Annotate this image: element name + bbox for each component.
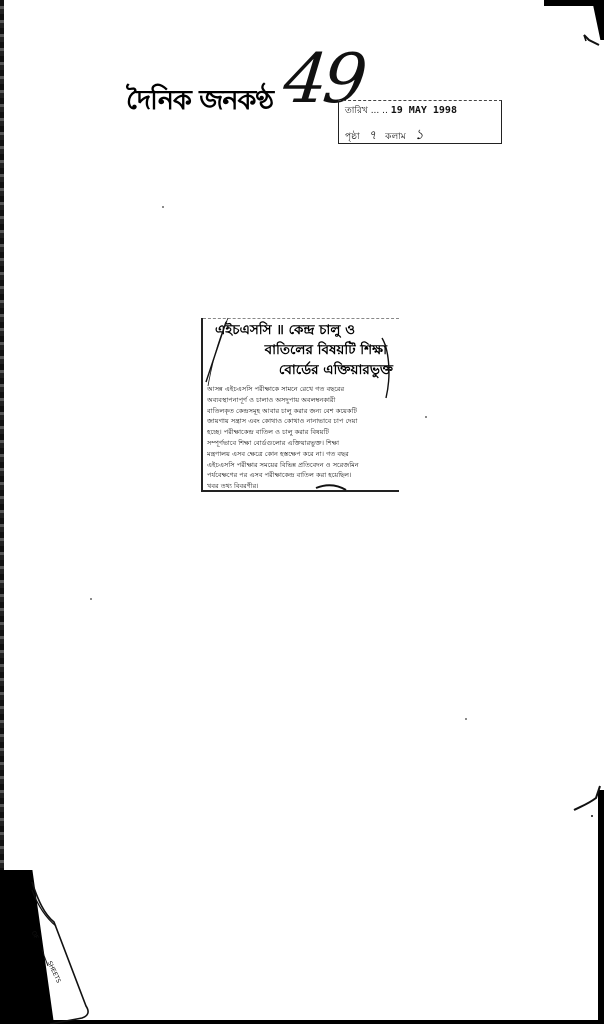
scan-speck	[162, 206, 164, 208]
stamp-date-row: তারিখ ... .. 19 MAY 1998	[345, 103, 457, 118]
body-line: জায়গায় সন্ত্রাস এবং কোথাও কোথাও নানাভা…	[207, 416, 395, 427]
newspaper-name: দৈনিক জনকণ্ঠ	[126, 80, 273, 125]
clipping-bottom-border	[203, 490, 399, 492]
folder-tab	[28, 870, 98, 1024]
body-line: পর্যবেক্ষণের পর এসব পরীক্ষাকেন্দ্র বাতিল…	[207, 470, 395, 481]
body-line: সম্পূর্ণভাবে শিক্ষা বোর্ডগুলোর এক্তিয়ার…	[207, 438, 395, 449]
scan-right-edge	[598, 790, 604, 1024]
pen-scribble-icon	[572, 780, 604, 820]
stamp-column-value: ১	[415, 127, 424, 143]
stamp-date-value: 19 MAY 1998	[391, 105, 457, 116]
headline-line: এইচএসসি ॥ কেন্দ্র চালু ও	[207, 320, 397, 340]
body-line: অব্যবস্থাপনাপূর্ণ ও চালাও অসদুপায় অবলম্…	[207, 395, 395, 406]
stamp-date-dots: ... ..	[371, 106, 388, 116]
clipping-top-border	[203, 318, 399, 319]
body-line: মন্ত্রণালয় এসব ক্ষেত্রে কোন হস্তক্ষেপ ক…	[207, 449, 395, 460]
scan-speck	[465, 718, 467, 720]
body-line: হচ্ছে। পরীক্ষাকেন্দ্র বাতিল ও চালু করার …	[207, 427, 395, 438]
scan-speck	[90, 598, 92, 600]
clipping-headline: এইচএসসি ॥ কেন্দ্র চালু ও বাতিলের বিষয়টি…	[207, 320, 397, 380]
news-clipping: এইচএসসি ॥ কেন্দ্র চালু ও বাতিলের বিষয়টি…	[201, 318, 399, 492]
headline-line: বোর্ডের এক্তিয়ারভুক্ত	[207, 360, 397, 380]
body-line: এইচএসসি পরীক্ষার সময়ের বিভিন্ন প্রতিবেদ…	[207, 460, 395, 471]
stamp-column-label: কলাম	[385, 132, 406, 142]
stamp-page-value: ৭	[368, 128, 376, 142]
body-line: বাতিলকৃত কেন্দ্রসমূহ আবার চালু করার জন্য…	[207, 406, 395, 417]
headline-line: বাতিলের বিষয়টি শিক্ষা	[207, 340, 397, 360]
pen-mark-icon	[583, 34, 601, 46]
stamp-date-label: তারিখ	[345, 106, 368, 116]
stamp-page-label: পৃষ্ঠা	[345, 132, 360, 142]
clipping-body: আসন্ন এইচএসসি পরীক্ষাকে সামনে রেখে গত বছ…	[207, 384, 395, 492]
scan-speck	[425, 416, 427, 418]
body-line: আসন্ন এইচএসসি পরীক্ষাকে সামনে রেখে গত বছ…	[207, 384, 395, 395]
stamp-page-row: পৃষ্ঠা ৭ কলাম ১	[345, 123, 424, 147]
date-stamp: তারিখ ... .. 19 MAY 1998 পৃষ্ঠা ৭ কলাম ১	[338, 100, 502, 144]
